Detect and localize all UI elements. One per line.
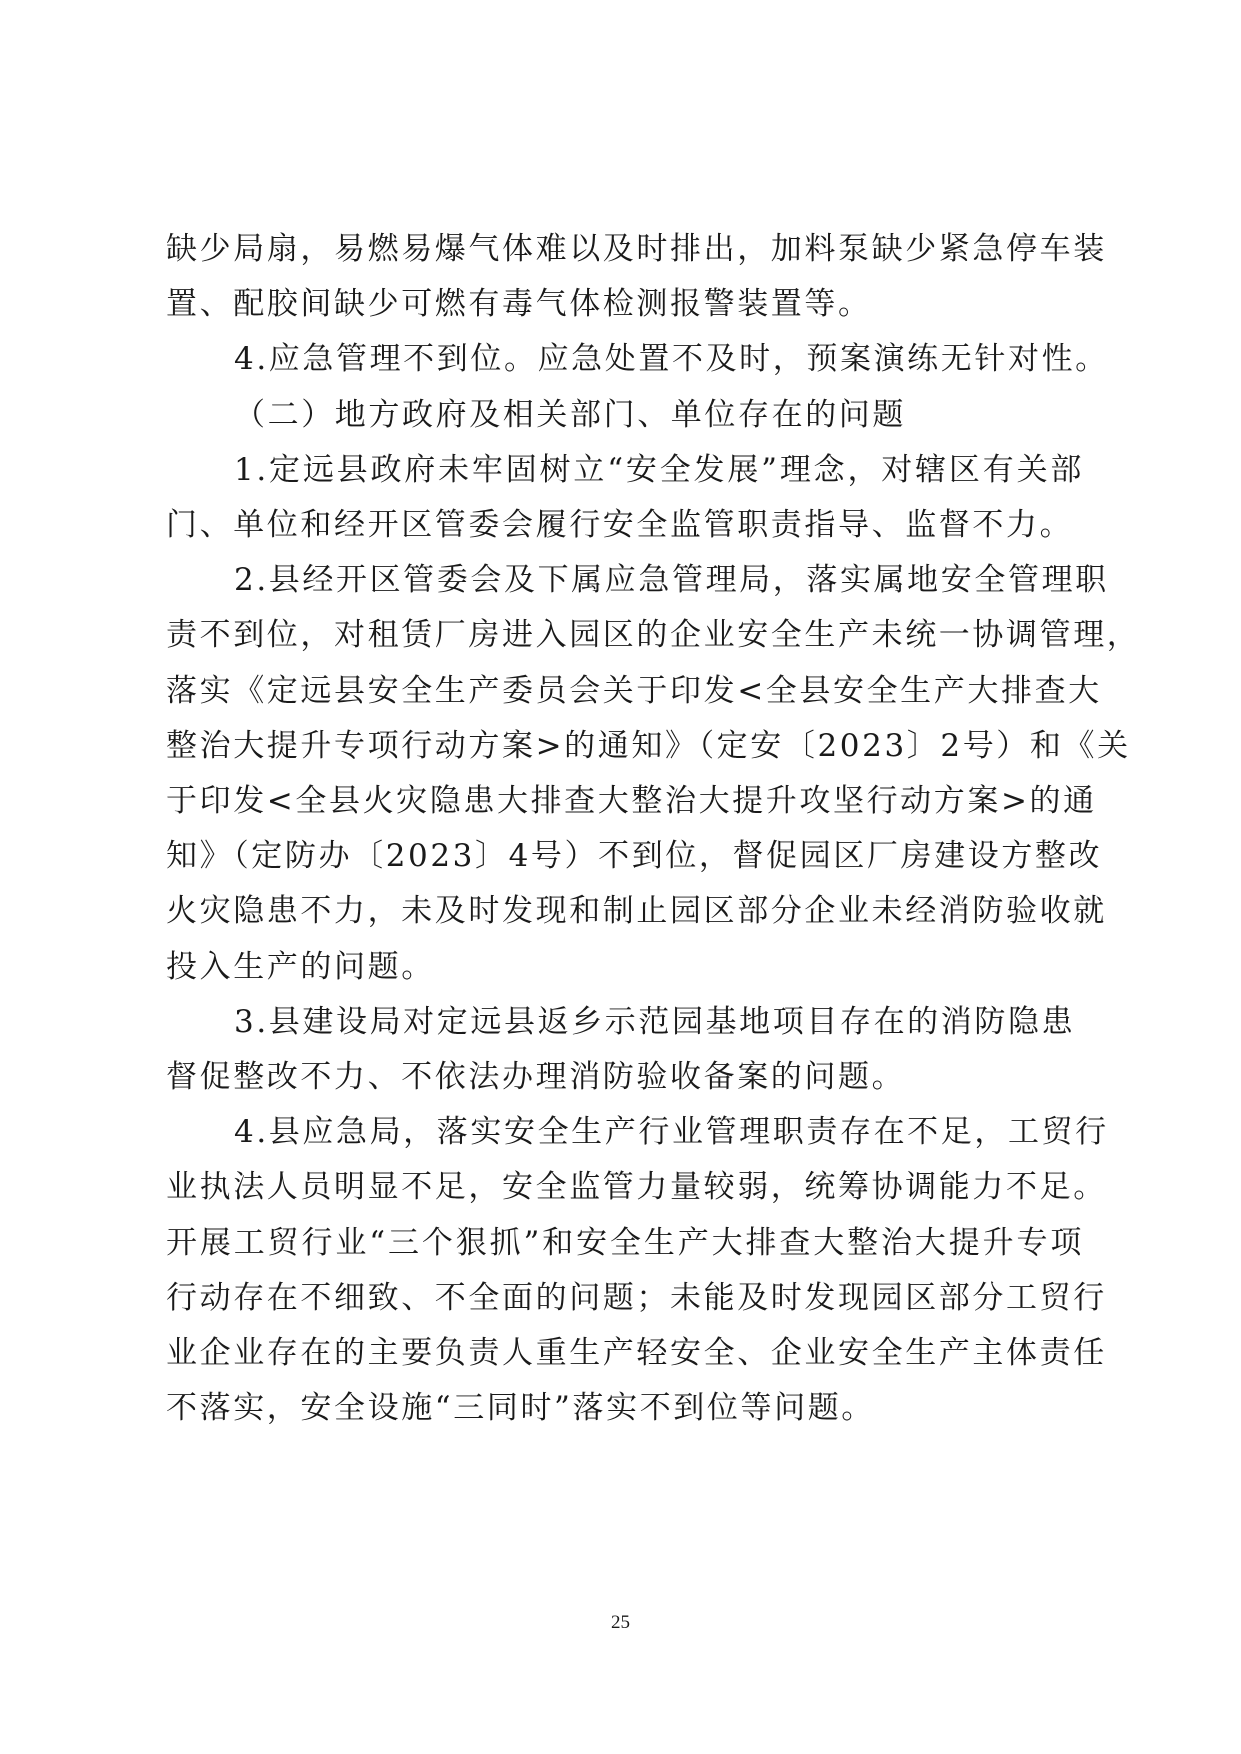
text-line: 业企业存在的主要负责人重生产轻安全、企业安全生产主体责任 [166, 1326, 1084, 1381]
text-line: 不落实，安全设施“三同时”落实不到位等问题。 [166, 1381, 1084, 1436]
body-text: 缺少局扇，易燃易爆气体难以及时排出，加料泵缺少紧急停车装 置、配胶间缺少可燃有毒… [166, 222, 1084, 1436]
text-line: 开展工贸行业“三个狠抓”和安全生产大排查大整治大提升专项 [166, 1216, 1084, 1271]
text-line: 落实《定远县安全生产委员会关于印发<全县安全生产大排查大 [166, 664, 1084, 719]
text-line: 督促整改不力、不依法办理消防验收备案的问题。 [166, 1050, 1084, 1105]
text-line: 知》（定防办〔2023〕4号）不到位，督促园区厂房建设方整改 [166, 829, 1084, 884]
document-page: 缺少局扇，易燃易爆气体难以及时排出，加料泵缺少紧急停车装 置、配胶间缺少可燃有毒… [0, 0, 1241, 1754]
text-line: 投入生产的问题。 [166, 940, 1084, 995]
text-line: 于印发<全县火灾隐患大排查大整治大提升攻坚行动方案>的通 [166, 774, 1084, 829]
text-line: 业执法人员明显不足，安全监管力量较弱，统筹协调能力不足。 [166, 1160, 1084, 1215]
paragraph-item-3: 3.县建设局对定远县返乡示范园基地项目存在的消防隐患 督促整改不力、不依法办理消… [166, 995, 1084, 1105]
text-line: 门、单位和经开区管委会履行安全监管职责指导、监督不力。 [166, 498, 1084, 553]
paragraph-item-2: 2.县经开区管委会及下属应急管理局，落实属地安全管理职 责不到位，对租赁厂房进入… [166, 553, 1084, 995]
text-line: 行动存在不细致、不全面的问题；未能及时发现园区部分工贸行 [166, 1271, 1084, 1326]
text-line: 4.应急管理不到位。应急处置不及时，预案演练无针对性。 [166, 332, 1084, 387]
paragraph-continuation: 缺少局扇，易燃易爆气体难以及时排出，加料泵缺少紧急停车装 置、配胶间缺少可燃有毒… [166, 222, 1084, 332]
text-line: 缺少局扇，易燃易爆气体难以及时排出，加料泵缺少紧急停车装 [166, 222, 1084, 277]
text-line: 4.县应急局，落实安全生产行业管理职责存在不足，工贸行 [166, 1105, 1084, 1160]
text-line: 责不到位，对租赁厂房进入园区的企业安全生产未统一协调管理， [166, 608, 1084, 663]
text-line: 整治大提升专项行动方案>的通知》（定安〔2023〕2号）和《关 [166, 719, 1084, 774]
text-line: 置、配胶间缺少可燃有毒气体检测报警装置等。 [166, 277, 1084, 332]
paragraph-emergency-management: 4.应急管理不到位。应急处置不及时，预案演练无针对性。 [166, 332, 1084, 387]
text-line: 2.县经开区管委会及下属应急管理局，落实属地安全管理职 [166, 553, 1084, 608]
page-number: 25 [0, 1612, 1241, 1634]
text-line: 3.县建设局对定远县返乡示范园基地项目存在的消防隐患 [166, 995, 1084, 1050]
section-heading: （二）地方政府及相关部门、单位存在的问题 [166, 388, 1084, 443]
paragraph-item-4: 4.县应急局，落实安全生产行业管理职责存在不足，工贸行 业执法人员明显不足，安全… [166, 1105, 1084, 1436]
heading-text: （二）地方政府及相关部门、单位存在的问题 [166, 388, 1084, 443]
text-line: 火灾隐患不力，未及时发现和制止园区部分企业未经消防验收就 [166, 884, 1084, 939]
paragraph-item-1: 1.定远县政府未牢固树立“安全发展”理念，对辖区有关部 门、单位和经开区管委会履… [166, 443, 1084, 553]
text-line: 1.定远县政府未牢固树立“安全发展”理念，对辖区有关部 [166, 443, 1084, 498]
